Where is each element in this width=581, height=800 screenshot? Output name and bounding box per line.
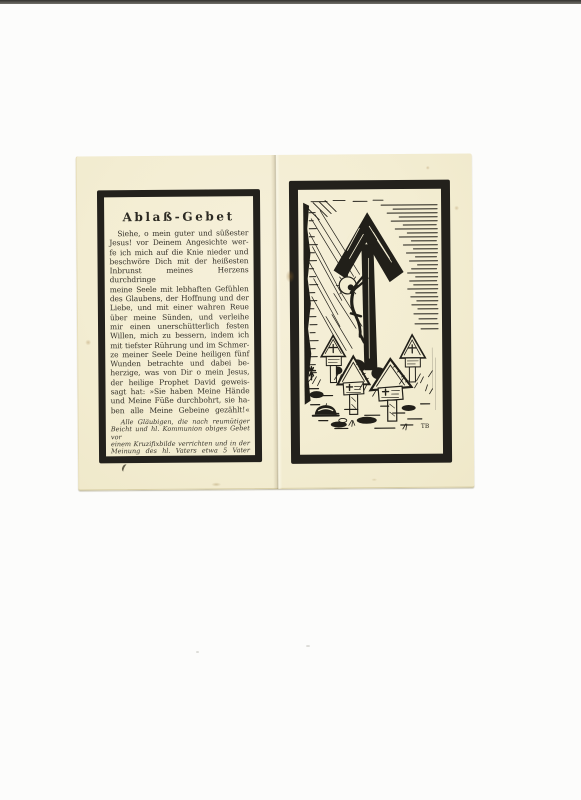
prayer-line: Inbrunst meines Herzens durchdringe bbox=[110, 265, 249, 285]
foxing-spot bbox=[426, 166, 430, 170]
indulgence-note-line: Meinung des hl. Vaters etwa 5 Vater unse… bbox=[111, 447, 250, 463]
foxing-spot bbox=[286, 270, 295, 283]
foxing-spot bbox=[85, 339, 91, 345]
prayer-title: Ablaß-Gebet bbox=[109, 209, 248, 224]
prayer-line: Willen, mich zu bessern, indem ich bbox=[110, 330, 249, 340]
prayer-line: ben alle Meine Gebeine gezählt!« bbox=[111, 405, 250, 415]
prayer-text: Siehe, o mein guter und süßesterJesus! v… bbox=[109, 228, 249, 415]
indulgence-note-line: beten, können einen vollkommenen Ablaß bbox=[111, 462, 250, 463]
helmet-icon bbox=[313, 405, 339, 416]
prayer-line: Jesus! vor Deinem Angesichte wer- bbox=[109, 238, 248, 248]
scanned-page: Ablaß-Gebet Siehe, o mein guter und süße… bbox=[0, 0, 581, 800]
indulgence-note: Alle Gläubigen, die nach reumütigerBeich… bbox=[111, 418, 250, 463]
foxing-spot bbox=[371, 478, 377, 481]
foxing-spot bbox=[211, 482, 221, 486]
prayer-card: Ablaß-Gebet Siehe, o mein guter und süße… bbox=[76, 153, 475, 490]
dust-speck bbox=[196, 651, 199, 653]
prayer-panel: Ablaß-Gebet Siehe, o mein guter und süße… bbox=[97, 189, 262, 463]
foxing-spot bbox=[454, 206, 459, 211]
woodcut-panel: TB bbox=[289, 180, 452, 464]
ink-mark bbox=[121, 463, 130, 473]
dust-speck bbox=[306, 645, 310, 647]
fold-crease bbox=[271, 155, 283, 489]
artist-monogram: TB bbox=[421, 423, 430, 430]
crucifix-woodcut-icon: TB bbox=[303, 198, 440, 434]
scanner-edge-strip bbox=[0, 0, 581, 4]
